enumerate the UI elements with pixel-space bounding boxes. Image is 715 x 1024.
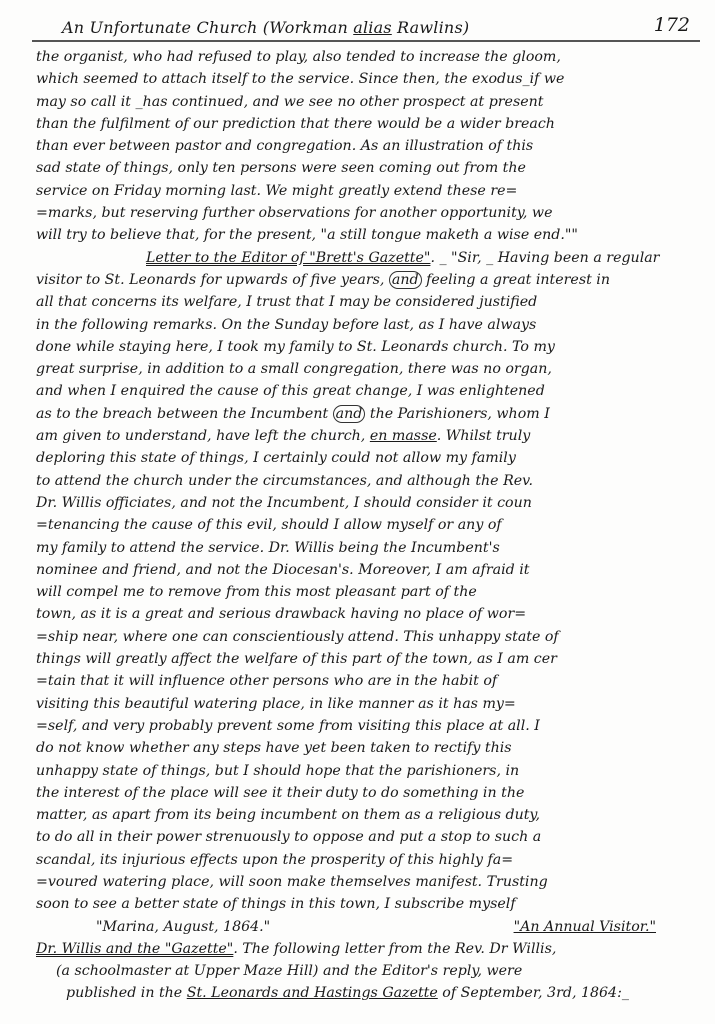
text-line: =voured watering place, will soon make t… xyxy=(36,871,696,893)
text-span: . The following letter from the Rev. Dr … xyxy=(233,941,556,957)
text-line: =ship near, where one can conscientiousl… xyxy=(36,626,696,648)
circled-word: and xyxy=(333,405,366,423)
text-line: the interest of the place will see it th… xyxy=(36,782,696,804)
underlined-phrase: en masse xyxy=(370,428,437,444)
title-alias: alias xyxy=(353,18,392,37)
text-span: of September, 3rd, 1864:_ xyxy=(438,985,629,1001)
text-line: =marks, but reserving further observatio… xyxy=(36,202,696,224)
signature-line: "Marina, August, 1864." "An Annual Visit… xyxy=(36,916,696,938)
text-line: service on Friday morning last. We might… xyxy=(36,180,696,202)
title-main: An Unfortunate Church (Workman xyxy=(62,18,353,37)
text-span: visitor to St. Leonards for upwards of f… xyxy=(36,272,389,288)
text-span: feeling a great interest in xyxy=(422,272,610,288)
text-line: and when I enquired the cause of this gr… xyxy=(36,380,696,402)
text-span: published in the xyxy=(66,985,187,1001)
text-line: will compel me to remove from this most … xyxy=(36,581,696,603)
text-line: =tenancing the cause of this evil, shoul… xyxy=(36,514,696,536)
text-span: as to the breach between the Incumbent xyxy=(36,406,333,422)
text-line: nominee and friend, and not the Diocesan… xyxy=(36,559,696,581)
text-line: in the following remarks. On the Sunday … xyxy=(36,314,696,336)
text-line: to attend the church under the circumsta… xyxy=(36,470,696,492)
text-line: unhappy state of things, but I should ho… xyxy=(36,760,696,782)
letter-opening: . _ "Sir, _ Having been a regular xyxy=(430,250,659,266)
text-line: my family to attend the service. Dr. Wil… xyxy=(36,537,696,559)
text-span: . Whilst truly xyxy=(437,428,530,444)
title-end: Rawlins) xyxy=(392,18,470,37)
text-line: may so call it _has continued, and we se… xyxy=(36,91,696,113)
text-line: done while staying here, I took my famil… xyxy=(36,336,696,358)
place-date: "Marina, August, 1864." xyxy=(96,916,270,938)
manuscript-body: the organist, who had refused to play, a… xyxy=(36,46,696,1005)
text-line: am given to understand, have left the ch… xyxy=(36,425,696,447)
text-line: as to the breach between the Incumbent a… xyxy=(36,403,696,425)
text-line: do not know whether any steps have yet b… xyxy=(36,737,696,759)
text-line: will try to believe that, for the presen… xyxy=(36,224,696,246)
text-line: published in the St. Leonards and Hastin… xyxy=(36,982,696,1004)
text-line: sad state of things, only ten persons we… xyxy=(36,157,696,179)
text-line: Dr. Willis officiates, and not the Incum… xyxy=(36,492,696,514)
text-line: all that concerns its welfare, I trust t… xyxy=(36,291,696,313)
text-line: (a schoolmaster at Upper Maze Hill) and … xyxy=(36,960,696,982)
text-line: visitor to St. Leonards for upwards of f… xyxy=(36,269,696,291)
text-line: scandal, its injurious effects upon the … xyxy=(36,849,696,871)
text-line: than the fulfilment of our prediction th… xyxy=(36,113,696,135)
section-heading-line: Dr. Willis and the "Gazette". The follow… xyxy=(36,938,696,960)
text-line: visiting this beautiful watering place, … xyxy=(36,693,696,715)
text-span: am given to understand, have left the ch… xyxy=(36,428,370,444)
text-line: =self, and very probably prevent some fr… xyxy=(36,715,696,737)
letter-heading: Letter to the Editor of "Brett's Gazette… xyxy=(146,250,430,266)
page-number: 172 xyxy=(654,14,690,36)
text-span: the Parishioners, whom I xyxy=(365,406,549,422)
manuscript-page: An Unfortunate Church (Workman alias Raw… xyxy=(0,0,715,1024)
circled-word: and xyxy=(389,271,422,289)
text-line: town, as it is a great and serious drawb… xyxy=(36,603,696,625)
signature: "An Annual Visitor." xyxy=(514,916,656,938)
newspaper-name: St. Leonards and Hastings Gazette xyxy=(187,985,438,1001)
text-line: than ever between pastor and congregatio… xyxy=(36,135,696,157)
text-line: things will greatly affect the welfare o… xyxy=(36,648,696,670)
text-line: which seemed to attach itself to the ser… xyxy=(36,68,696,90)
text-line: deploring this state of things, I certai… xyxy=(36,447,696,469)
text-line: soon to see a better state of things in … xyxy=(36,893,696,915)
page-title: An Unfortunate Church (Workman alias Raw… xyxy=(62,18,469,37)
letter-heading-line: Letter to the Editor of "Brett's Gazette… xyxy=(36,247,696,269)
text-line: the organist, who had refused to play, a… xyxy=(36,46,696,68)
text-line: great surprise, in addition to a small c… xyxy=(36,358,696,380)
text-line: =tain that it will influence other perso… xyxy=(36,670,696,692)
text-line: to do all in their power strenuously to … xyxy=(36,826,696,848)
page-header: An Unfortunate Church (Workman alias Raw… xyxy=(32,18,700,42)
section-heading: Dr. Willis and the "Gazette" xyxy=(36,941,233,957)
text-line: matter, as apart from its being incumben… xyxy=(36,804,696,826)
